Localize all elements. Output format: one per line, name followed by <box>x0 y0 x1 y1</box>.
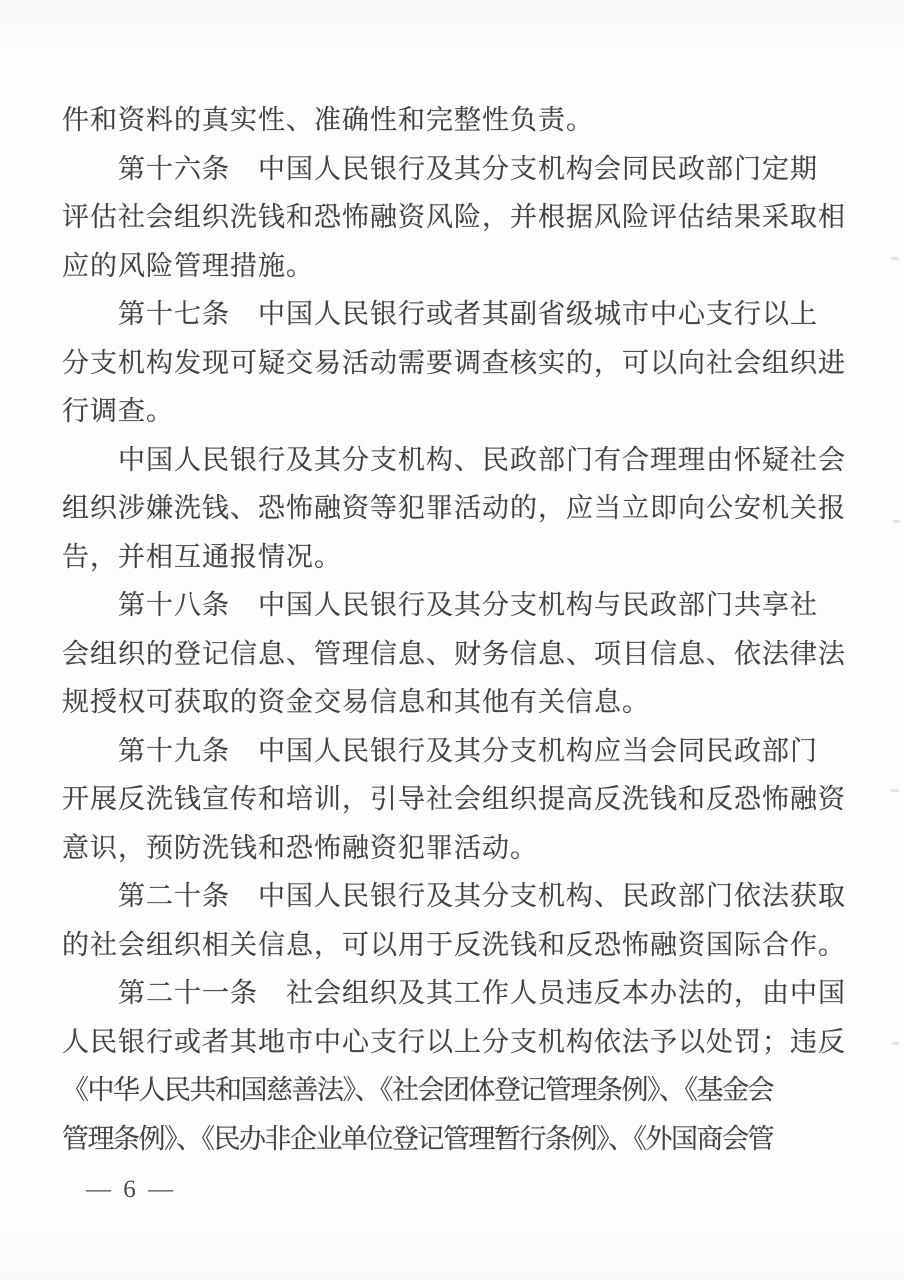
page-number: — 6 — <box>86 1172 176 1208</box>
document-line: 应的风险管理措施。 <box>62 242 852 291</box>
document-line: 告，并相互通报情况。 <box>62 533 852 582</box>
document-line: 开展反洗钱宣传和培训，引导社会组织提高反洗钱和反恐怖融资 <box>62 775 852 824</box>
document-line: 第十八条 中国人民银行及其分支机构与民政部门共享社 <box>62 581 852 630</box>
document-line: 中国人民银行及其分支机构、民政部门有合理理由怀疑社会 <box>62 436 852 485</box>
document-line: 《中华人民共和国慈善法》、《社会团体登记管理条例》、《基金会 <box>62 1066 852 1115</box>
document-body: 件和资料的真实性、准确性和完整性负责。 第十六条 中国人民银行及其分支机构会同民… <box>62 96 852 1163</box>
document-line: 第二十条 中国人民银行及其分支机构、民政部门依法获取 <box>62 872 852 921</box>
scan-artifact <box>891 257 899 260</box>
document-line: 第二十一条 社会组织及其工作人员违反本办法的，由中国 <box>62 969 852 1018</box>
document-line: 评估社会组织洗钱和恐怖融资风险，并根据风险评估结果采取相 <box>62 193 852 242</box>
document-line: 第十六条 中国人民银行及其分支机构会同民政部门定期 <box>62 145 852 194</box>
document-line: 分支机构发现可疑交易活动需要调查核实的，可以向社会组织进 <box>62 339 852 388</box>
document-line: 管理条例》、《民办非企业单位登记管理暂行条例》、《外国商会管 <box>62 1115 852 1164</box>
scanned-document-page: 件和资料的真实性、准确性和完整性负责。 第十六条 中国人民银行及其分支机构会同民… <box>0 0 904 1280</box>
scan-artifact <box>893 520 900 523</box>
document-line: 意识，预防洗钱和恐怖融资犯罪活动。 <box>62 824 852 873</box>
scan-artifact <box>891 789 899 792</box>
document-line: 规授权可获取的资金交易信息和其他有关信息。 <box>62 678 852 727</box>
document-line: 第十七条 中国人民银行或者其副省级城市中心支行以上 <box>62 290 852 339</box>
document-line: 人民银行或者其地市中心支行以上分支机构依法予以处罚；违反 <box>62 1018 852 1067</box>
document-line: 行调查。 <box>62 387 852 436</box>
document-line: 会组织的登记信息、管理信息、财务信息、项目信息、依法律法 <box>62 630 852 679</box>
document-line: 组织涉嫌洗钱、恐怖融资等犯罪活动的，应当立即向公安机关报 <box>62 484 852 533</box>
document-line: 第十九条 中国人民银行及其分支机构应当会同民政部门 <box>62 727 852 776</box>
scan-artifact <box>892 1042 899 1045</box>
document-line: 的社会组织相关信息，可以用于反洗钱和反恐怖融资国际合作。 <box>62 921 852 970</box>
document-line: 件和资料的真实性、准确性和完整性负责。 <box>62 96 852 145</box>
